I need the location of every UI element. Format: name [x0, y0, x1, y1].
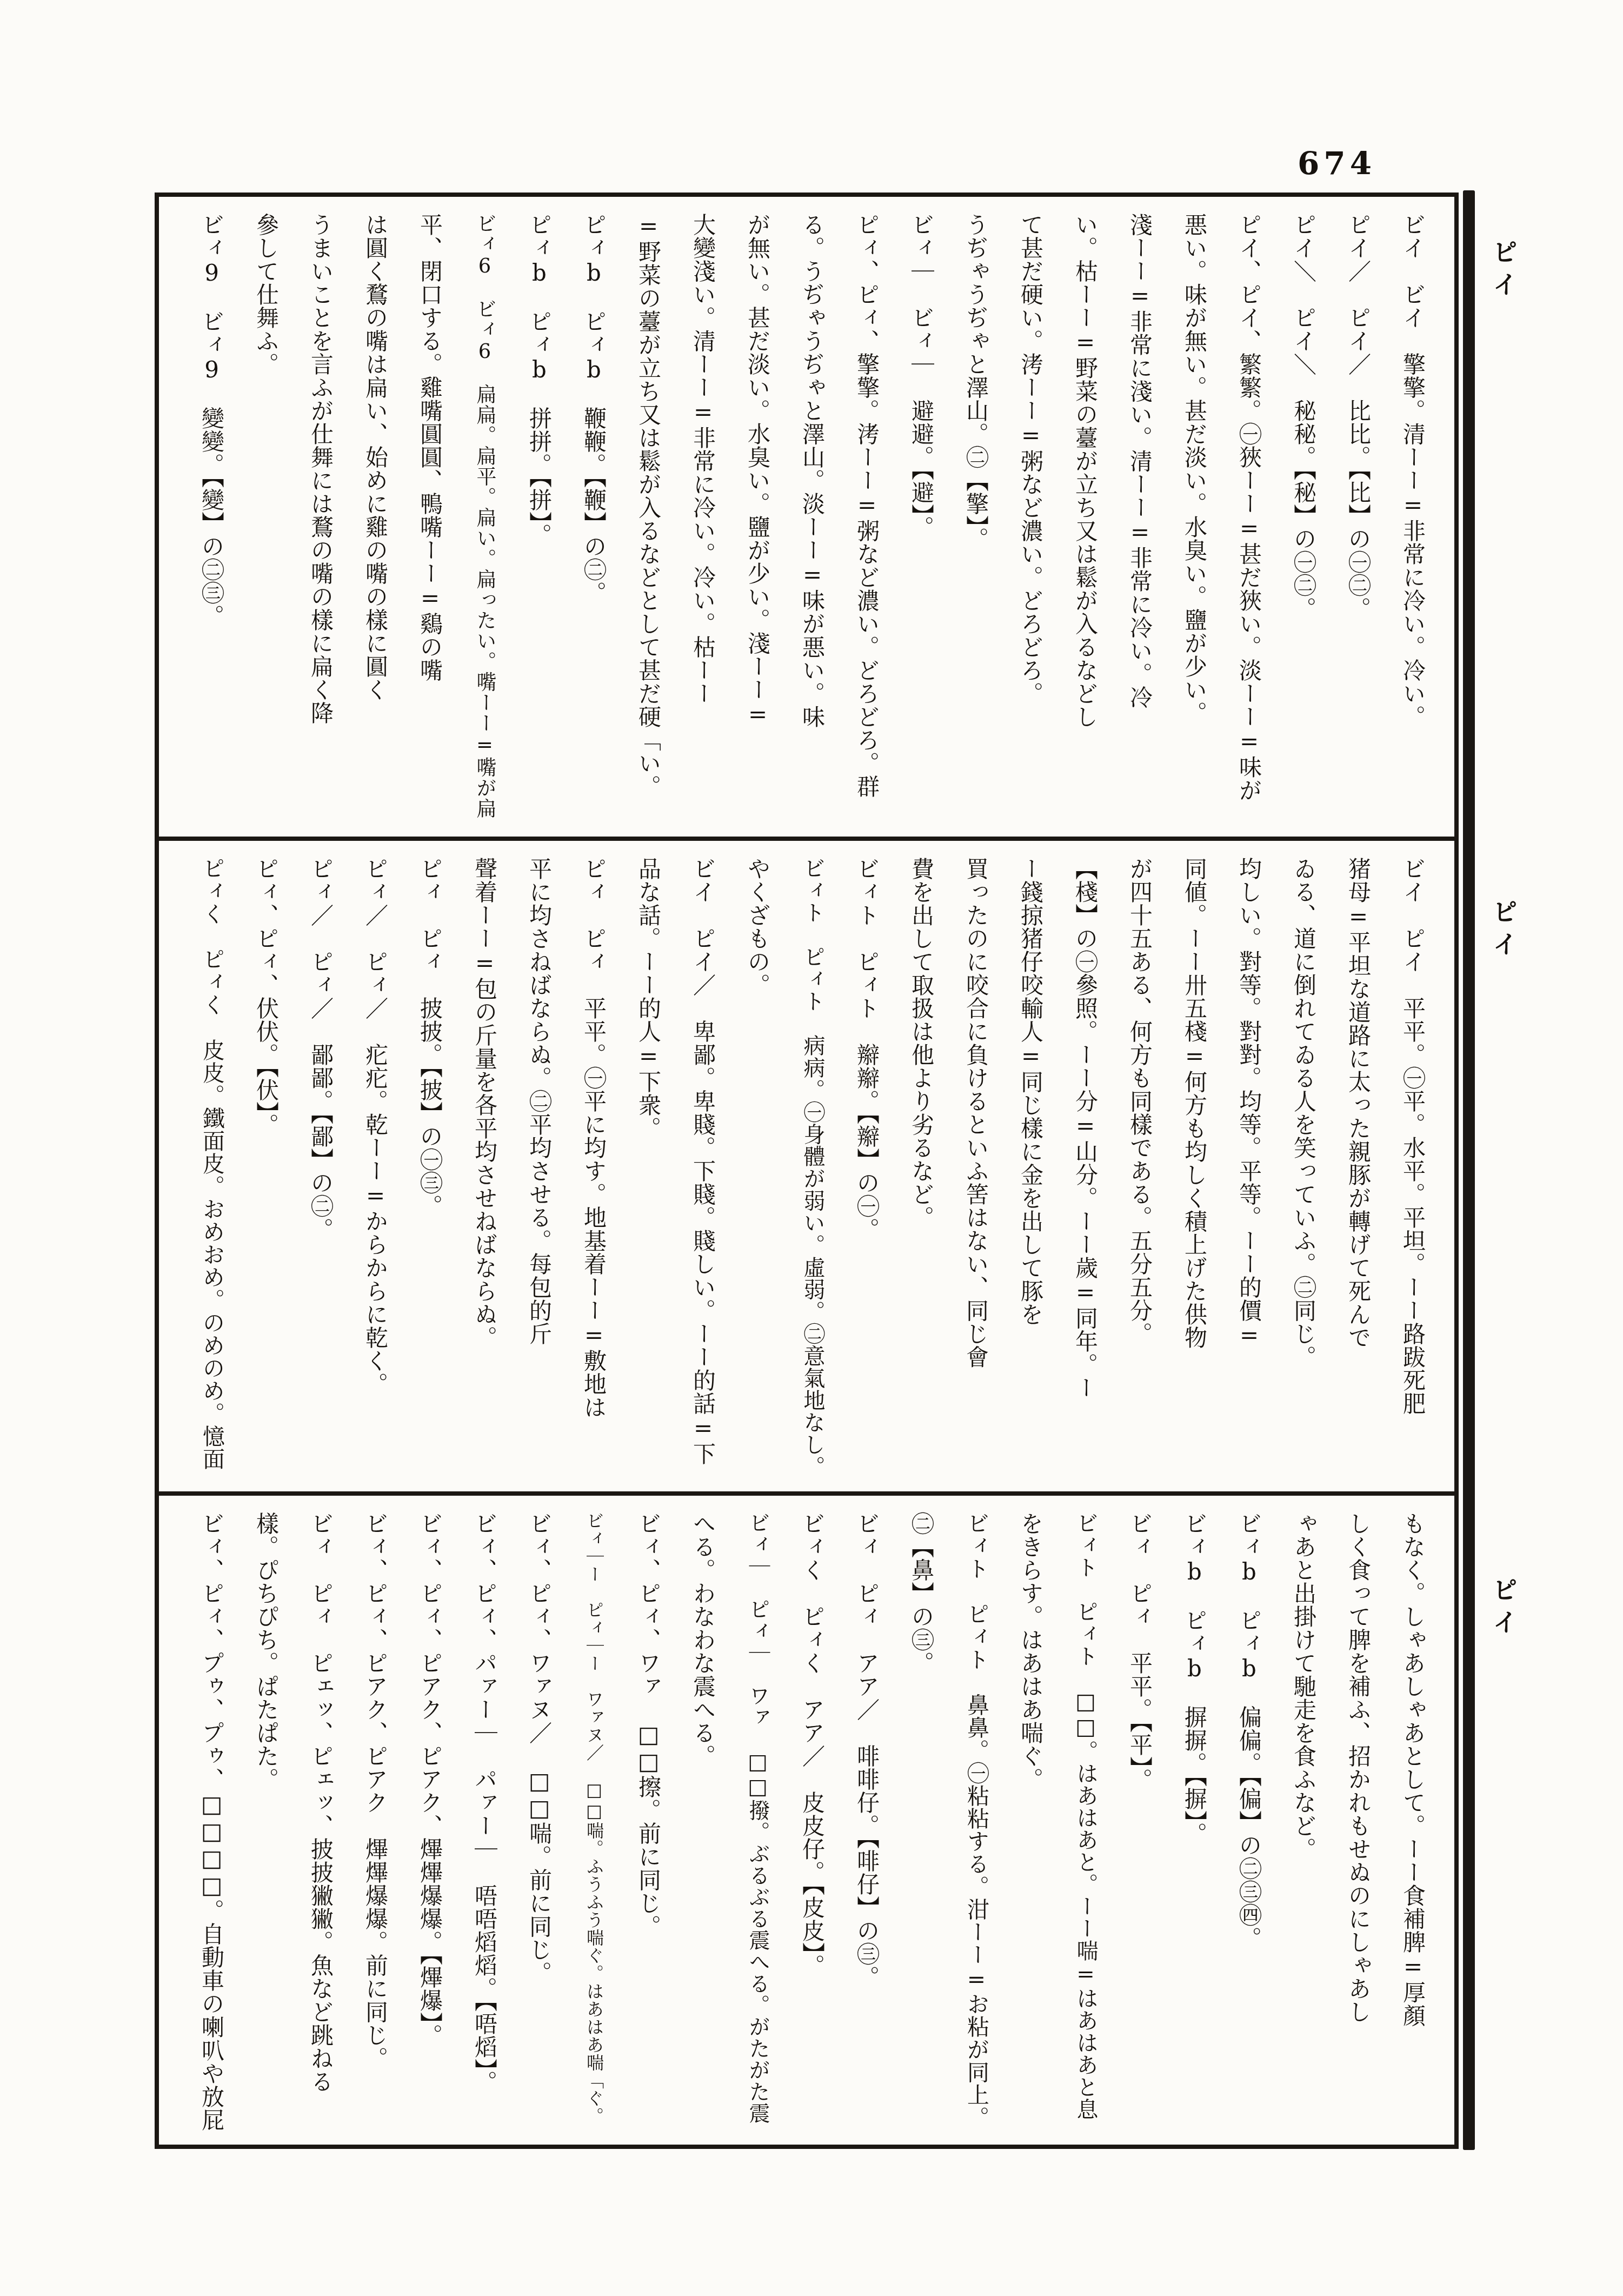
dictionary-column: 同値。ーー卅五棧=何方も均しく積上げた供物	[1167, 857, 1222, 1479]
dictionary-column: ビィ｜ ピィ｜ ワァ □□撥。ぶるぶる震へる。がたがた震	[730, 1512, 785, 2133]
dictionary-column: ビイ ピイ 平平。㊀平。水平。平坦。ーー路跋死肥	[1386, 857, 1440, 1479]
dictionary-column: 參して仕舞ふ。	[239, 213, 294, 825]
margin-header-label-bottom: ピイ	[1486, 1577, 1521, 1642]
dictionary-column: ビィ、ピィ、プゥ、プゥ、□□□□。自動車の喇叭や放屁	[184, 1512, 239, 2133]
dictionary-column: ビィb ピィb 摒摒。【摒】。	[1167, 1512, 1222, 2133]
dictionary-column: は圓く鶩の嘴は扁い、始めに雞の嘴の樣に圓く	[348, 213, 403, 825]
dictionary-column: 聲着ーー=包の斤量を各平均させねばならぬ。	[457, 857, 512, 1479]
dictionary-column: ビィ ピィ アア／ 啡啡仔。【啡仔】の㊂。	[840, 1512, 894, 2133]
dictionary-band-top: ビイ ビイ 擎擎。清ーー=非常に冷い。冷い。ピイ／ ピイ／ 比比。【比】の㊀㊁。…	[159, 197, 1454, 837]
dictionary-column: 均しい。對等。對對。均等。平等。ーー的價=	[1222, 857, 1276, 1479]
dictionary-column: ビィ9 ビィ9 變變。【變】の㊁㊂。	[184, 213, 239, 825]
margin-header-label-top: ピイ	[1486, 239, 1521, 304]
margin-rule	[1463, 190, 1475, 2150]
dictionary-column: ビイ ビイ 擎擎。清ーー=非常に冷い。冷い。	[1386, 213, 1440, 825]
dictionary-page-frame: ビイ ビイ 擎擎。清ーー=非常に冷い。冷い。ピイ／ ピイ／ 比比。【比】の㊀㊁。…	[155, 193, 1459, 2149]
dictionary-column: やくざもの。	[730, 857, 785, 1479]
dictionary-column: ー錢掠猪仔咬輸人=同じ樣に金を出して豚を	[1003, 857, 1058, 1479]
dictionary-column: ビィ、ピィ、ピアク、ピアク、熚熚爆爆。【熚爆】。	[403, 1512, 457, 2133]
dictionary-column: ピイ、ピイ、繁繁。㊀狹ーー=甚だ狹い。淡ーー=味が	[1222, 213, 1276, 825]
dictionary-column: が無い。甚だ淡い。水臭い。鹽が少い。淺ーー=	[730, 213, 785, 825]
dictionary-column: 平に均さねばならぬ。㊁平均させる。每包的斤	[512, 857, 567, 1479]
dictionary-column: ビィ、ピィ、パァー｜ パァー｜ 唔唔熖熖。【唔熖】。	[457, 1512, 512, 2133]
dictionary-column: 大變淺い。清ーー=非常に冷い。冷い。枯ーー	[676, 213, 730, 825]
dictionary-column: ビィト ピィト □□。はあはあと。ーー喘=はあはあと息	[1058, 1512, 1113, 2133]
dictionary-column: 淺ーー=非常に淺い。清ーー=非常に冷い。冷	[1113, 213, 1167, 825]
dictionary-column: 猪母=平坦な道路に太った親豚が轉げて死んで	[1331, 857, 1386, 1479]
dictionary-column: ビィ｜ー ピィ｜ー ワァヌ／ □□喘。ふうふう喘ぐ。はあはあ喘「ぐ。	[567, 1512, 621, 2133]
dictionary-column: ピィ ピィ 披披。【披】の㊀㊂。	[403, 857, 457, 1479]
dictionary-column: ビィト ピィト 病病。㊀身體が弱い。虛弱。㊁意氣地なし。	[785, 857, 840, 1479]
dictionary-column: へる。わなわな震へる。	[676, 1512, 730, 2133]
dictionary-column: もなく。しゃあしゃあとして。ーー食補脾=厚顏	[1386, 1512, 1440, 2133]
dictionary-band-bottom: もなく。しゃあしゃあとして。ーー食補脾=厚顏しく食って脾を補ふ、招かれもせぬのに…	[159, 1491, 1454, 2145]
dictionary-column: ㊁【鼻】の㊂。	[894, 1512, 949, 2133]
dictionary-column: 品な話。ーー的人=下衆。	[621, 857, 676, 1479]
dictionary-column: ビィ、ピィ、ワァヌ／ □□喘。前に同じ。	[512, 1512, 567, 2133]
dictionary-column: ピィ、ピィ、擎擎。洘ーー=粥など濃い。どろどろ。群	[840, 213, 894, 825]
dictionary-column: 悪い。味が無い。甚だ淡い。水臭い。鹽が少い。	[1167, 213, 1222, 825]
dictionary-column: ピィ／ ピィ／ 疕疕。乾ーー=からからに乾く。	[348, 857, 403, 1479]
margin-header-label-middle: ピイ	[1486, 899, 1521, 964]
page-number: 674	[1298, 145, 1376, 182]
dictionary-column: ピィb ピィb 鞭鞭。【鞭】の㊁。	[567, 213, 621, 825]
dictionary-column: ビイ ピイ／ 卑鄙。卑賤。下賤。賤しい。ーー的話=下	[676, 857, 730, 1479]
dictionary-column: ピィ、ピィ、伏伏。【伏】。	[239, 857, 294, 1479]
dictionary-column: ビィ、ピィ、ワァ □□擦。前に同じ。	[621, 1512, 676, 2133]
dictionary-column: ビィb ピィb 偏偏。【偏】の㊁㊂㊃。	[1222, 1512, 1276, 2133]
dictionary-column: をきらす。はあはあ喘ぐ。	[1003, 1512, 1058, 2133]
dictionary-column: ビィト ピィト 辮辮。【辮】の㊀。	[840, 857, 894, 1479]
dictionary-column: い。枯ーー=野菜の薹が立ち又は鬆が入るなどし	[1058, 213, 1113, 825]
dictionary-column: ピイ＼ ピイ＼ 秘秘。【秘】の㊀㊁。	[1276, 213, 1331, 825]
dictionary-column: ビィ、ピィ、ピアク、ピアク 熚熚爆爆。前に同じ。	[348, 1512, 403, 2133]
dictionary-column: 樣。ぴちぴち。ぱたぱた。	[239, 1512, 294, 2133]
dictionary-column: ピィ／ ピィ／ 鄙鄙。【鄙】の㊁。	[294, 857, 348, 1479]
dictionary-column: ゃあと出掛けて馳走を食ふなど。	[1276, 1512, 1331, 2133]
dictionary-column: ビィ ピィ 平平。【平】。	[1113, 1512, 1167, 2133]
dictionary-column: ピィ ピィ 平平。㊀平に均す。地基着ーー=敷地は	[567, 857, 621, 1479]
dictionary-column: ビィ｜ ビィ｜ 避避。【避】。	[894, 213, 949, 825]
dictionary-column: 買ったのに咬合に負けるといふ筈はない、同じ會	[949, 857, 1003, 1479]
dictionary-column: る。うぢゃうぢゃと澤山。淡ーー=味が悪い。味	[785, 213, 840, 825]
dictionary-column: ビィ ピィ ピェッ、ピェッ、披披獙獙。魚など跳ねる	[294, 1512, 348, 2133]
dictionary-column: ビィく ピィく アア／ 皮皮仔。【皮皮】。	[785, 1512, 840, 2133]
dictionary-column: 【棧】の㊀參照。ーー分=山分。ーー歲=同年。ー	[1058, 857, 1113, 1479]
dictionary-column: ピィく ピィく 皮皮。鐵面皮。おめおめ。のめのめ。憶面	[184, 857, 239, 1479]
dictionary-column: 平、閉口する。雞嘴圓圓、鴨嘴ーー=鷄の嘴	[403, 213, 457, 825]
dictionary-column: しく食って脾を補ふ、招かれもせぬのにしゃあし	[1331, 1512, 1386, 2133]
dictionary-column: が四十五ある、何方も同樣である。五分五分。	[1113, 857, 1167, 1479]
dictionary-column: うまいことを言ふが仕舞には鶩の嘴の樣に扁く降	[294, 213, 348, 825]
dictionary-column: ピイ／ ピイ／ 比比。【比】の㊀㊁。	[1331, 213, 1386, 825]
dictionary-band-middle: ビイ ピイ 平平。㊀平。水平。平坦。ーー路跋死肥猪母=平坦な道路に太った親豚が轉…	[159, 837, 1454, 1491]
dictionary-column: て甚だ硬い。洘ーー=粥など濃い。どろどろ。	[1003, 213, 1058, 825]
dictionary-column: ゐる、道に倒れてゐる人を笑っていふ。㊁同じ。	[1276, 857, 1331, 1479]
dictionary-column: うぢゃうぢゃと澤山。㊁【擎】。	[949, 213, 1003, 825]
dictionary-column: =野菜の薹が立ち又は鬆が入るなどとして甚だ硬「い。	[621, 213, 676, 825]
dictionary-column: ビィ6 ビィ6 扁扁。扁平。扁い。扁ったい。嘴ーー=嘴が扁	[457, 213, 512, 825]
dictionary-column: ピィb ピィb 拼拼。【拼】。	[512, 213, 567, 825]
dictionary-column: 費を出して取扱は他より劣るなど。	[894, 857, 949, 1479]
dictionary-column: ビィト ピィト 鼻鼻。㊀粘粘する。泔ーー=お粘が同上。	[949, 1512, 1003, 2133]
